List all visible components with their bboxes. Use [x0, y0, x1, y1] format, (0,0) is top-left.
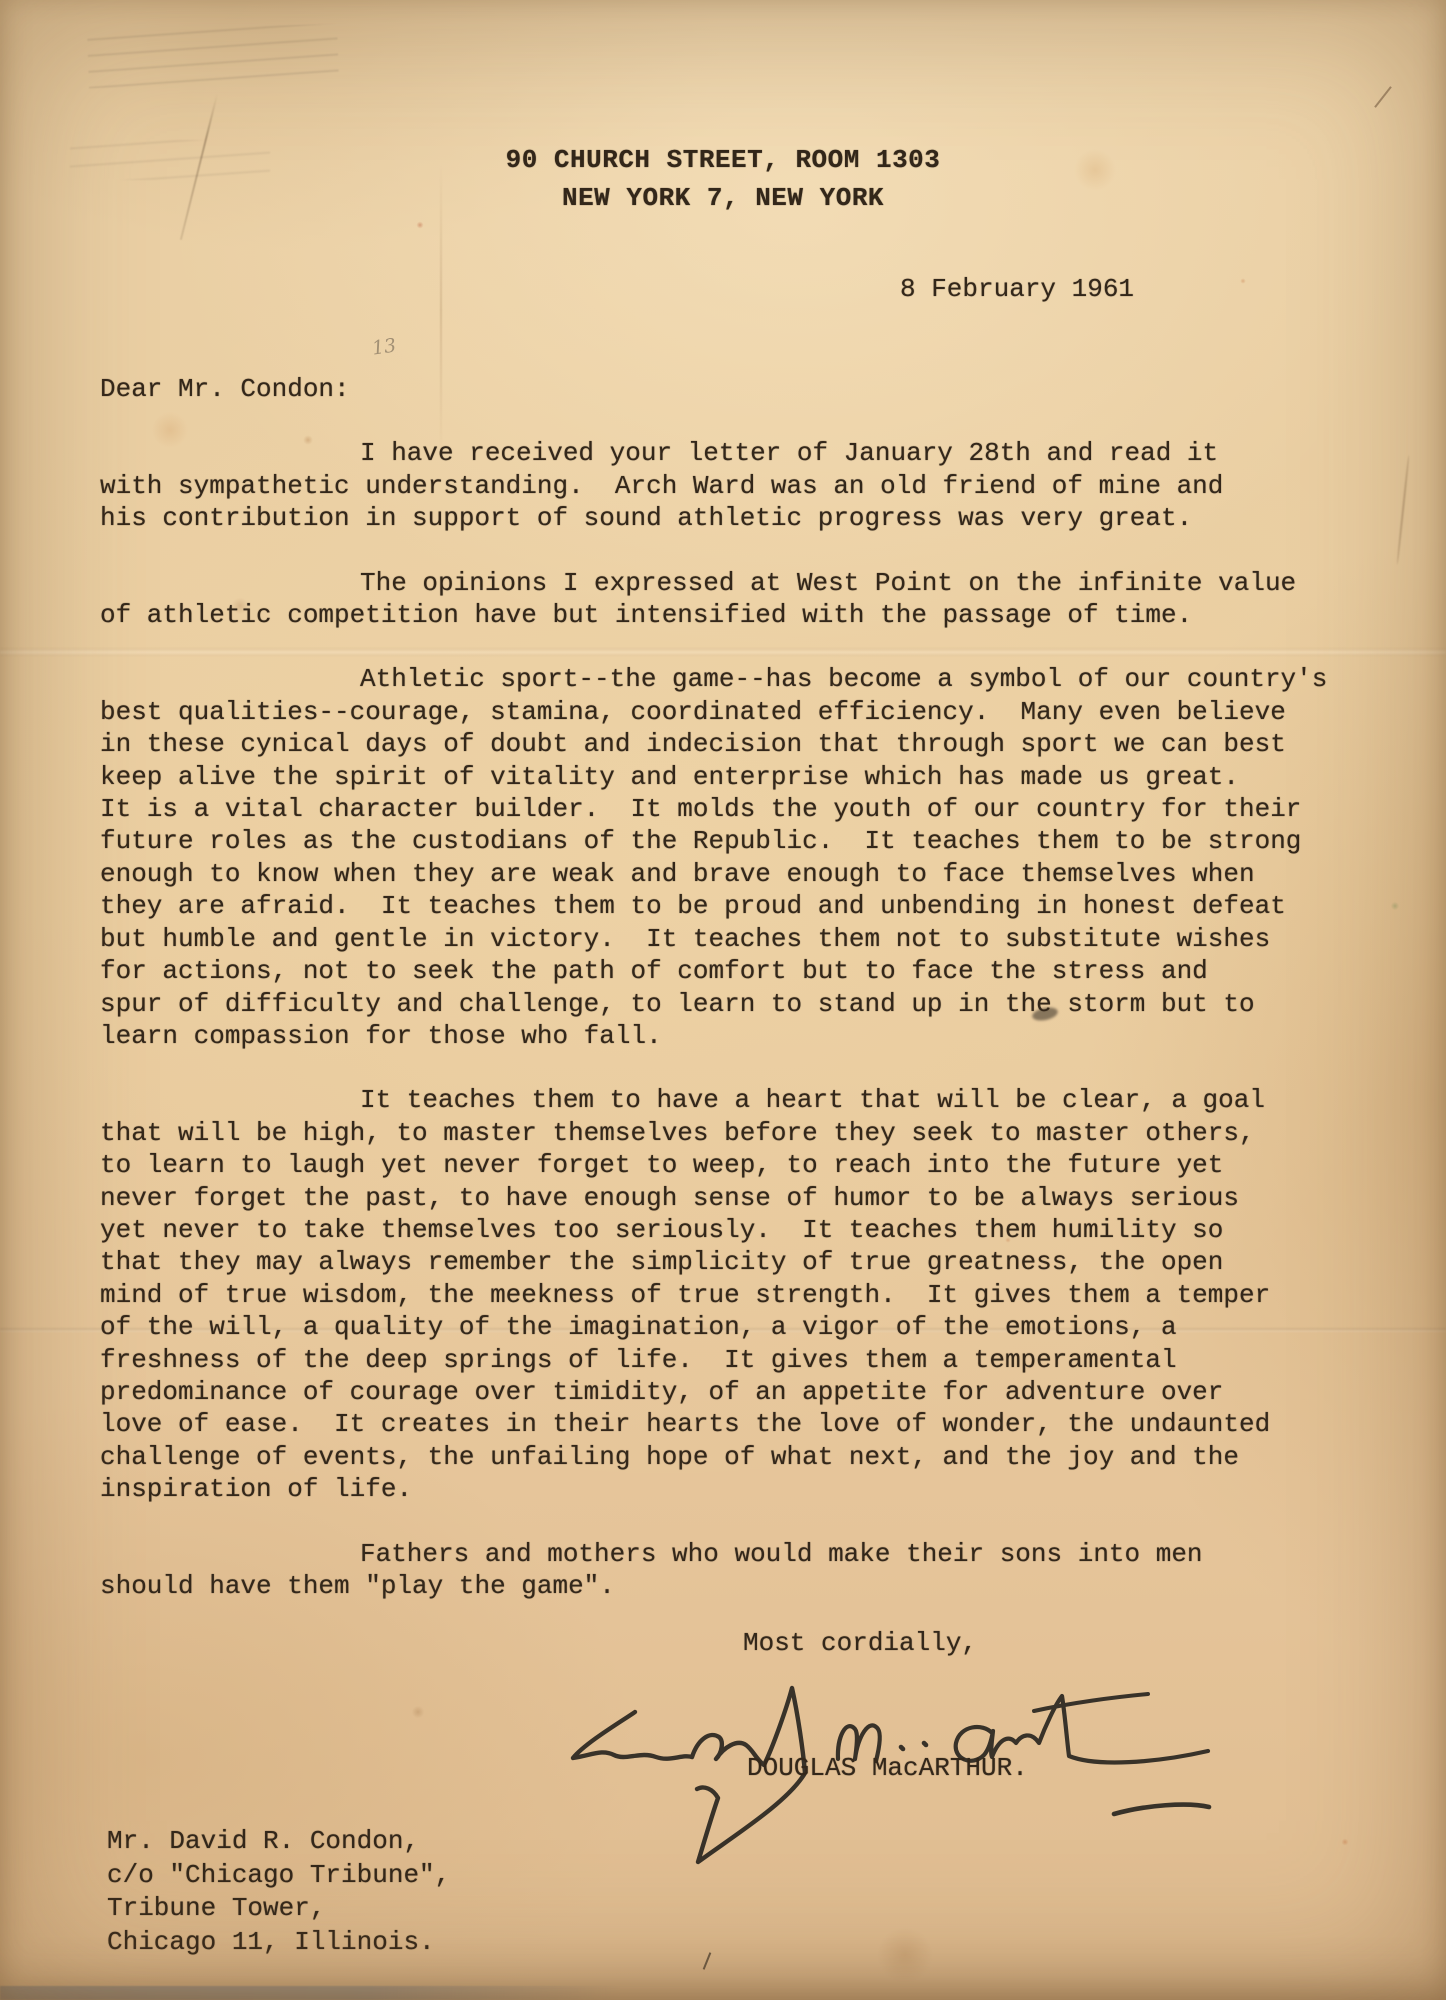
body-line: spur of difficulty and challenge, to lea…: [100, 988, 1380, 1020]
body-line: but humble and gentle in victory. It tea…: [100, 923, 1380, 955]
body-line: I have received your letter of January 2…: [100, 437, 1380, 469]
address-line: c/o "Chicago Tribune",: [107, 1859, 450, 1893]
body-line: predominance of courage over timidity, o…: [100, 1376, 1380, 1408]
scanned-letter-photo: { "letterhead": { "line1": "90 CHURCH ST…: [0, 0, 1446, 2000]
body-line: It teaches them to have a heart that wil…: [100, 1084, 1380, 1116]
paragraph: The opinions I expressed at West Point o…: [100, 567, 1380, 632]
body-line: freshness of the deep springs of life. I…: [100, 1344, 1380, 1376]
typed-signature: DOUGLAS MacARTHUR.: [747, 1752, 1028, 1784]
letter-page: 13 90 CHURCH STREET, ROOM 1303 NEW YORK …: [0, 0, 1446, 2000]
body-line: Athletic sport--the game--has become a s…: [100, 663, 1380, 695]
body-line: enough to know when they are weak and br…: [100, 858, 1380, 890]
letterhead-line2: NEW YORK 7, NEW YORK: [0, 179, 1446, 217]
body-line: in these cynical days of doubt and indec…: [100, 728, 1380, 760]
body-line: challenge of events, the unfailing hope …: [100, 1441, 1380, 1473]
paragraph: Athletic sport--the game--has become a s…: [100, 663, 1380, 1052]
stray-pen-mark: [703, 1952, 712, 1969]
body-line: of athletic competition have but intensi…: [100, 599, 1380, 631]
body-line: The opinions I expressed at West Point o…: [100, 567, 1380, 599]
address-line: Chicago 11, Illinois.: [107, 1926, 450, 1960]
paragraph: It teaches them to have a heart that wil…: [100, 1084, 1380, 1505]
body-line: should have them "play the game".: [100, 1570, 1380, 1602]
body-line: It is a vital character builder. It mold…: [100, 793, 1380, 825]
body-line: that will be high, to master themselves …: [100, 1117, 1380, 1149]
letterhead: 90 CHURCH STREET, ROOM 1303 NEW YORK 7, …: [0, 141, 1446, 217]
body-line: they are afraid. It teaches them to be p…: [100, 890, 1380, 922]
address-line: Mr. David R. Condon,: [107, 1825, 450, 1859]
body-line: keep alive the spirit of vitality and en…: [100, 761, 1380, 793]
address-line: Tribune Tower,: [107, 1892, 450, 1926]
scan-edge: [0, 1986, 620, 2000]
paper-crease: [1396, 455, 1409, 565]
date-line: 8 February 1961: [900, 273, 1134, 305]
body-line: of the will, a quality of the imaginatio…: [100, 1311, 1380, 1343]
body-line: Fathers and mothers who would make their…: [100, 1538, 1380, 1570]
body-line: mind of true wisdom, the meekness of tru…: [100, 1279, 1380, 1311]
body-line: learn compassion for those who fall.: [100, 1020, 1380, 1052]
letterhead-line1: 90 CHURCH STREET, ROOM 1303: [0, 141, 1446, 179]
body-line: inspiration of life.: [100, 1473, 1380, 1505]
body-line: yet never to take themselves too serious…: [100, 1214, 1380, 1246]
body-line: that they may always remember the simpli…: [100, 1246, 1380, 1278]
paper-scratch: [1374, 86, 1392, 108]
salutation: Dear Mr. Condon:: [100, 373, 1380, 405]
body-line: best qualities--courage, stamina, coordi…: [100, 696, 1380, 728]
pencil-mark: 13: [371, 334, 398, 359]
paragraph: Fathers and mothers who would make their…: [100, 1538, 1380, 1603]
body-line: his contribution in support of sound ath…: [100, 502, 1380, 534]
recipient-address: Mr. David R. Condon,c/o "Chicago Tribune…: [107, 1825, 450, 1959]
body-line: never forget the past, to have enough se…: [100, 1182, 1380, 1214]
pencil-smudge: [87, 24, 339, 89]
body-line: love of ease. It creates in their hearts…: [100, 1408, 1380, 1440]
paragraphs-container: I have received your letter of January 2…: [100, 437, 1380, 1602]
letter-body: Dear Mr. Condon: I have received your le…: [100, 373, 1380, 1602]
body-line: with sympathetic understanding. Arch War…: [100, 470, 1380, 502]
body-line: to learn to laugh yet never forget to we…: [100, 1149, 1380, 1181]
body-line: for actions, not to seek the path of com…: [100, 955, 1380, 987]
body-line: future roles as the custodians of the Re…: [100, 825, 1380, 857]
paragraph: I have received your letter of January 2…: [100, 437, 1380, 534]
